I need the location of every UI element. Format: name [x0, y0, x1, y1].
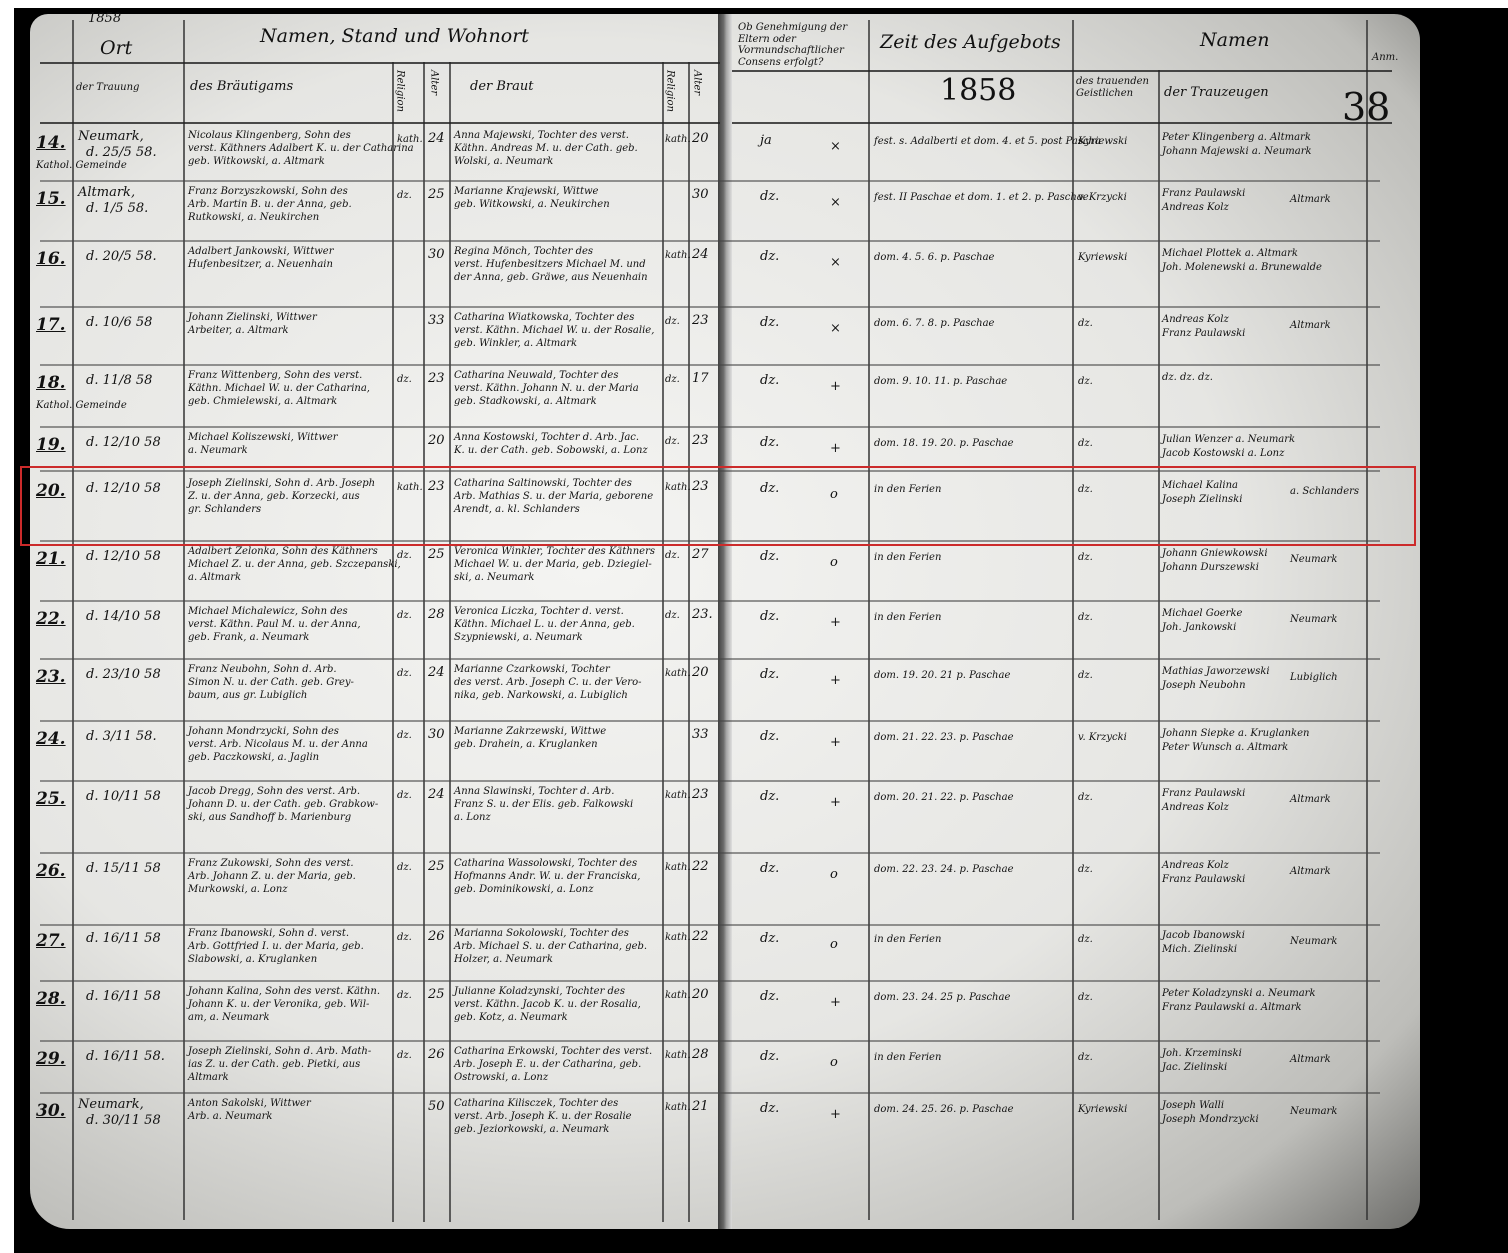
bride-age: 27 — [692, 548, 709, 563]
bride-details: verst. Käthn. Johann N. u. der Maria — [454, 383, 639, 395]
groom-religion: dz. — [397, 610, 412, 622]
consent-symbol: + — [830, 442, 841, 457]
row-rule — [40, 306, 1380, 308]
row-rule — [40, 180, 1380, 182]
groom-age: 20 — [428, 434, 445, 449]
groom-details: Arbeiter, a. Altmark — [188, 325, 289, 337]
place-of-marriage: Altmark, — [78, 186, 135, 201]
bride-religion: dz. — [665, 374, 680, 386]
bride-details: K. u. der Cath. geb. Sobowski, a. Lonz — [454, 445, 648, 457]
header-rule — [40, 62, 720, 64]
bride-religion: kath. — [665, 250, 691, 262]
consent-mark: ja — [760, 134, 772, 149]
groom-details: ias Z. u. der Cath. geb. Pietki, aus — [188, 1059, 360, 1071]
groom-age: 25 — [428, 548, 445, 563]
officiating-priest: dz. — [1078, 318, 1093, 330]
bride-details: Hofmanns Andr. W. u. der Franciska, — [454, 871, 640, 883]
groom-details: Arb. a. Neumark — [188, 1111, 272, 1123]
groom-details: verst. Käthn. Paul M. u. der Anna, — [188, 619, 361, 631]
consent-mark: dz. — [760, 250, 779, 265]
row-rule — [40, 1092, 1380, 1094]
column-rule — [662, 62, 664, 1222]
bride-religion: kath. — [665, 1102, 691, 1114]
witness-place: Altmark — [1290, 320, 1331, 332]
bride-details: Arb. Michael S. u. der Catharina, geb. — [454, 941, 647, 953]
banns-dates: dom. 20. 21. 22. p. Paschae — [874, 792, 1014, 804]
row-rule — [40, 780, 1380, 782]
consent-symbol: + — [830, 616, 841, 631]
witness-1: Johann Siepke a. Kruglanken — [1162, 728, 1309, 740]
groom-age: 24 — [428, 666, 445, 681]
bride-name: Regina Mönch, Tochter des — [454, 246, 593, 258]
header-banns: Zeit des Aufgebots — [880, 32, 1061, 54]
row-rule — [40, 426, 1380, 428]
banns-dates: dom. 18. 19. 20. p. Paschae — [874, 438, 1014, 450]
groom-details: Rutkowski, a. Neukirchen — [188, 212, 319, 224]
groom-details: a. Neumark — [188, 445, 248, 457]
bride-details: ski, a. Neumark — [454, 572, 534, 584]
bride-details: geb. Witkowski, a. Neukirchen — [454, 199, 610, 211]
marriage-date: d. 10/11 58 — [86, 790, 161, 805]
groom-religion: kath. — [397, 134, 423, 146]
consent-symbol: + — [830, 674, 841, 689]
witness-1: Peter Koladzynski a. Neumark — [1162, 988, 1316, 1000]
officiating-priest: v. Krzycki — [1078, 192, 1127, 204]
bride-name: Marianne Zakrzewski, Wittwe — [454, 726, 606, 738]
header-bride-religion: Religion — [664, 70, 676, 112]
header-ort: Ort — [100, 38, 132, 60]
entry-number: 22. — [36, 610, 66, 630]
witness-2: Joh. Jankowski — [1162, 622, 1236, 634]
header-names-title: Namen, Stand und Wohnort — [260, 26, 529, 48]
groom-name: Adalbert Zelonka, Sohn des Käthners — [188, 546, 378, 558]
bride-religion: kath. — [665, 668, 691, 680]
marriage-date: d. 16/11 58 — [86, 932, 161, 947]
witness-1: Mathias Jaworzewski — [1162, 666, 1270, 678]
groom-details: geb. Frank, a. Neumark — [188, 632, 309, 644]
row-rule — [40, 1040, 1380, 1042]
bride-details: der Anna, geb. Gräwe, aus Neuenhain — [454, 272, 648, 284]
consent-symbol: + — [830, 736, 841, 751]
bride-details: Szypniewski, a. Neumark — [454, 632, 583, 644]
header-rule — [732, 122, 1392, 124]
groom-age: 23 — [428, 372, 445, 387]
bride-name: Catharina Wassolowski, Tochter des — [454, 858, 637, 870]
officiating-priest: dz. — [1078, 1052, 1093, 1064]
witness-1: Andreas Kolz — [1162, 314, 1229, 326]
marriage-date: d. 23/10 58 — [86, 668, 161, 683]
groom-details: geb. Chmielewski, a. Altmark — [188, 396, 337, 408]
witness-1: Michael Goerke — [1162, 608, 1242, 620]
header-priest: des trauenden Geistlichen — [1076, 76, 1156, 99]
bride-name: Julianne Koladzynski, Tochter des — [454, 986, 625, 998]
groom-name: Michael Michalewicz, Sohn des — [188, 606, 348, 618]
marriage-date: d. 1/5 58. — [86, 202, 148, 217]
marriage-date: d. 11/8 58 — [86, 374, 152, 389]
consent-mark: dz. — [760, 1102, 779, 1117]
groom-details: Käthn. Michael W. u. der Catharina, — [188, 383, 370, 395]
consent-mark: dz. — [760, 374, 779, 389]
bride-age: 20 — [692, 132, 709, 147]
entry-number: 29. — [36, 1050, 66, 1070]
groom-religion: dz. — [397, 932, 412, 944]
groom-age: 24 — [428, 788, 445, 803]
entry-number: 26. — [36, 862, 66, 882]
bride-age: 23 — [692, 788, 709, 803]
groom-details: Johann D. u. der Cath. geb. Grabkow- — [188, 799, 378, 811]
banns-dates: dom. 22. 23. 24. p. Paschae — [874, 864, 1014, 876]
groom-details: verst. Arb. Nicolaus M. u. der Anna — [188, 739, 368, 751]
consent-symbol: + — [830, 996, 841, 1011]
witness-1: Joh. Krzeminski — [1162, 1048, 1242, 1060]
officiating-priest: v. Krzycki — [1078, 732, 1127, 744]
column-rule — [688, 62, 690, 1222]
bride-age: 23 — [692, 434, 709, 449]
groom-details: Michael Z. u. der Anna, geb. Szczepanski… — [188, 559, 401, 571]
groom-details: Johann K. u. der Veronika, geb. Wil- — [188, 999, 369, 1011]
groom-details: Arb. Gottfried I. u. der Maria, geb. — [188, 941, 364, 953]
groom-age: 25 — [428, 988, 445, 1003]
officiating-priest: dz. — [1078, 792, 1093, 804]
column-rule — [449, 62, 451, 1222]
banns-dates: dom. 23. 24. 25 p. Paschae — [874, 992, 1010, 1004]
bride-age: 33 — [692, 728, 709, 743]
consent-symbol: × — [830, 256, 841, 271]
header-ort-sub: der Trauung — [76, 82, 139, 94]
bride-details: Käthn. Andreas M. u. der Cath. geb. — [454, 143, 638, 155]
bride-religion: kath. — [665, 990, 691, 1002]
bride-age: 23 — [692, 314, 709, 329]
highlighted-entry-box — [20, 466, 1416, 546]
groom-religion: dz. — [397, 550, 412, 562]
bride-name: Catharina Erkowski, Tochter des verst. — [454, 1046, 652, 1058]
bride-age: 30 — [692, 188, 709, 203]
bride-religion: dz. — [665, 610, 680, 622]
witness-place: Lubiglich — [1290, 672, 1338, 684]
groom-religion: dz. — [397, 790, 412, 802]
bride-religion: kath. — [665, 134, 691, 146]
place-of-marriage: Neumark, — [78, 130, 144, 145]
groom-religion: dz. — [397, 1050, 412, 1062]
bride-religion: dz. — [665, 436, 680, 448]
bride-age: 22 — [692, 930, 709, 945]
groom-name: Michael Koliszewski, Wittwer — [188, 432, 338, 444]
groom-name: Johann Zielinski, Wittwer — [188, 312, 317, 324]
groom-age: 30 — [428, 248, 445, 263]
entry-number: 19. — [36, 436, 66, 456]
bride-details: Franz S. u. der Elis. geb. Falkowski — [454, 799, 633, 811]
groom-name: Franz Wittenberg, Sohn des verst. — [188, 370, 362, 382]
consent-mark: dz. — [760, 610, 779, 625]
consent-mark: dz. — [760, 668, 779, 683]
groom-name: Nicolaus Klingenberg, Sohn des — [188, 130, 351, 142]
entry-number: 25. — [36, 790, 66, 810]
bride-religion: kath. — [665, 790, 691, 802]
bride-details: a. Lonz — [454, 812, 491, 824]
marriage-date: d. 10/6 58 — [86, 316, 152, 331]
groom-details: am, a. Neumark — [188, 1012, 270, 1024]
officiating-priest: dz. — [1078, 934, 1093, 946]
bride-age: 21 — [692, 1100, 709, 1115]
groom-age: 25 — [428, 188, 445, 203]
officiating-priest: Kyriewski — [1078, 252, 1127, 264]
page-number: 38 — [1342, 86, 1390, 130]
entry-number: 23. — [36, 668, 66, 688]
entry-number: 15. — [36, 190, 66, 210]
groom-age: 25 — [428, 860, 445, 875]
banns-dates: dom. 24. 25. 26. p. Paschae — [874, 1104, 1014, 1116]
witness-1: Andreas Kolz — [1162, 860, 1229, 872]
witness-1: Peter Klingenberg a. Altmark — [1162, 132, 1311, 144]
entry-number: 18. — [36, 374, 66, 394]
entry-number: 21. — [36, 550, 66, 570]
bride-details: Käthn. Michael L. u. der Anna, geb. — [454, 619, 635, 631]
consent-mark: dz. — [760, 862, 779, 877]
consent-symbol: + — [830, 380, 841, 395]
witness-2: Joseph Mondrzycki — [1162, 1114, 1259, 1126]
officiating-priest: dz. — [1078, 992, 1093, 1004]
groom-name: Franz Neubohn, Sohn d. Arb. — [188, 664, 337, 676]
bride-name: Anna Slawinski, Tochter d. Arb. — [454, 786, 614, 798]
groom-details: Arb. Martin B. u. der Anna, geb. — [188, 199, 352, 211]
bride-age: 23. — [692, 608, 713, 623]
bride-details: verst. Käthn. Michael W. u. der Rosalie, — [454, 325, 654, 337]
groom-religion: dz. — [397, 190, 412, 202]
consent-symbol: o — [830, 938, 838, 953]
consent-symbol: o — [830, 868, 838, 883]
column-rule — [423, 62, 425, 1222]
entry-number: 27. — [36, 932, 66, 952]
row-rule — [40, 240, 1380, 242]
groom-details: baum, aus gr. Lubiglich — [188, 690, 307, 702]
consent-mark: dz. — [760, 990, 779, 1005]
header-groom-age: Alter — [428, 70, 440, 95]
bride-name: Anna Kostowski, Tochter d. Arb. Jac. — [454, 432, 639, 444]
groom-details: Murkowski, a. Lonz — [188, 884, 288, 896]
bride-age: 17 — [692, 372, 709, 387]
entry-number: 28. — [36, 990, 66, 1010]
witness-place: Neumark — [1290, 936, 1337, 948]
witness-1: Franz Paulawski — [1162, 188, 1245, 200]
witness-place: Altmark — [1290, 194, 1331, 206]
officiating-priest: dz. — [1078, 670, 1093, 682]
consent-mark: dz. — [760, 1050, 779, 1065]
witness-2: Andreas Kolz — [1162, 202, 1229, 214]
header-bride-age: Alter — [691, 70, 703, 95]
groom-name: Joseph Zielinski, Sohn d. Arb. Math- — [188, 1046, 371, 1058]
witness-place: Neumark — [1290, 614, 1337, 626]
bride-details: geb. Stadkowski, a. Altmark — [454, 396, 597, 408]
banns-dates: dom. 21. 22. 23. p. Paschae — [874, 732, 1014, 744]
banns-dates: fest. s. Adalberti et dom. 4. et 5. post… — [874, 136, 1101, 148]
banns-dates: dom. 9. 10. 11. p. Paschae — [874, 376, 1007, 388]
header-year: 1858 — [88, 12, 121, 27]
marriage-date: d. 16/11 58 — [86, 990, 161, 1005]
witness-1: dz. dz. dz. — [1162, 372, 1213, 384]
witness-1: Franz Paulawski — [1162, 788, 1245, 800]
header-bride: der Braut — [470, 80, 533, 95]
header-witnesses: der Trauzeugen — [1164, 86, 1269, 101]
row-rule — [40, 600, 1380, 602]
officiating-priest: dz. — [1078, 438, 1093, 450]
groom-details: Altmark — [188, 1072, 229, 1084]
groom-name: Franz Ibanowski, Sohn d. verst. — [188, 928, 349, 940]
witness-place: Altmark — [1290, 1054, 1331, 1066]
witness-2: Joseph Neubohn — [1162, 680, 1246, 692]
witness-2: Peter Wunsch a. Altmark — [1162, 742, 1288, 754]
groom-religion: dz. — [397, 862, 412, 874]
marriage-date: d. 3/11 58. — [86, 730, 157, 745]
officiating-priest: Kyriewski — [1078, 136, 1127, 148]
bride-age: 20 — [692, 666, 709, 681]
witness-2: Jac. Zielinski — [1162, 1062, 1227, 1074]
groom-details: a. Altmark — [188, 572, 241, 584]
groom-details: geb. Paczkowski, a. Jaglin — [188, 752, 319, 764]
bride-religion: kath. — [665, 1050, 691, 1062]
bride-details: geb. Kotz, a. Neumark — [454, 1012, 568, 1024]
bride-name: Marianna Sokolowski, Tochter des — [454, 928, 629, 940]
groom-age: 26 — [428, 930, 445, 945]
officiating-priest: Kyriewski — [1078, 1104, 1127, 1116]
bride-details: Wolski, a. Neumark — [454, 156, 553, 168]
groom-details: Arb. Johann Z. u. der Maria, geb. — [188, 871, 356, 883]
consent-mark: dz. — [760, 190, 779, 205]
officiating-priest: dz. — [1078, 376, 1093, 388]
header-remarks: Anm. — [1372, 52, 1398, 64]
bride-details: Ostrowski, a. Lonz — [454, 1072, 548, 1084]
banns-dates: in den Ferien — [874, 934, 941, 946]
bride-name: Veronica Winkler, Tochter des Käthners — [454, 546, 655, 558]
groom-age: 33 — [428, 314, 445, 329]
groom-name: Franz Zukowski, Sohn des verst. — [188, 858, 354, 870]
bride-age: 28 — [692, 1048, 709, 1063]
consent-mark: dz. — [760, 730, 779, 745]
officiating-priest: dz. — [1078, 864, 1093, 876]
marriage-date: d. 25/5 58. — [86, 146, 157, 161]
banns-dates: fest. II Paschae et dom. 1. et 2. p. Pas… — [874, 192, 1089, 204]
groom-age: 50 — [428, 1100, 445, 1115]
bride-details: Michael W. u. der Maria, geb. Dziegiel- — [454, 559, 652, 571]
marriage-date: d. 15/11 58 — [86, 862, 161, 877]
column-rule — [392, 62, 394, 1222]
consent-symbol: o — [830, 556, 838, 571]
groom-religion: dz. — [397, 374, 412, 386]
consent-mark: dz. — [760, 932, 779, 947]
banns-dates: dom. 19. 20. 21 p. Paschae — [874, 670, 1010, 682]
witness-place: Altmark — [1290, 866, 1331, 878]
entry-number: 14. — [36, 134, 66, 154]
marriage-date: d. 12/10 58 — [86, 550, 161, 565]
witness-2: Franz Paulawski a. Altmark — [1162, 1002, 1302, 1014]
header-rule — [732, 70, 1392, 72]
groom-age: 30 — [428, 728, 445, 743]
row-rule — [40, 852, 1380, 854]
bride-religion: kath. — [665, 932, 691, 944]
witness-1: Johann Gniewkowski — [1162, 548, 1268, 560]
bride-details: verst. Käthn. Jacob K. u. der Rosalia, — [454, 999, 641, 1011]
bride-name: Veronica Liczka, Tochter d. verst. — [454, 606, 624, 618]
row-rule — [40, 980, 1380, 982]
bride-details: geb. Dominikowski, a. Lonz — [454, 884, 594, 896]
groom-details: ski, aus Sandhoff b. Marienburg — [188, 812, 351, 824]
banns-dates: in den Ferien — [874, 1052, 941, 1064]
margin-note: Kathol. Gemeinde — [36, 160, 127, 172]
bride-name: Catharina Kilisczek, Tochter des — [454, 1098, 618, 1110]
bride-details: Arb. Joseph E. u. der Catharina, geb. — [454, 1059, 641, 1071]
groom-name: Johann Mondrzycki, Sohn des — [188, 726, 339, 738]
consent-mark: dz. — [760, 550, 779, 565]
groom-details: Simon N. u. der Cath. geb. Grey- — [188, 677, 354, 689]
entry-number: 30. — [36, 1102, 66, 1122]
groom-religion: dz. — [397, 990, 412, 1002]
marriage-date: d. 14/10 58 — [86, 610, 161, 625]
consent-symbol: × — [830, 322, 841, 337]
row-rule — [40, 720, 1380, 722]
bride-age: 24 — [692, 248, 709, 263]
groom-name: Anton Sakolski, Wittwer — [188, 1098, 311, 1110]
banns-dates: dom. 6. 7. 8. p. Paschae — [874, 318, 994, 330]
consent-symbol: + — [830, 1108, 841, 1123]
entry-number: 24. — [36, 730, 66, 750]
entry-number: 17. — [36, 316, 66, 336]
header-groom-religion: Religion — [394, 70, 406, 112]
row-rule — [40, 364, 1380, 366]
groom-age: 26 — [428, 1048, 445, 1063]
bride-religion: dz. — [665, 550, 680, 562]
witness-2: Andreas Kolz — [1162, 802, 1229, 814]
consent-mark: dz. — [760, 790, 779, 805]
witness-place: Altmark — [1290, 794, 1331, 806]
groom-details: verst. Käthners Adalbert K. u. der Catha… — [188, 143, 414, 155]
header-consent: Ob Genehmigung der Eltern oder Vormundsc… — [738, 22, 864, 68]
groom-name: Johann Kalina, Sohn des verst. Käthn. — [188, 986, 380, 998]
witness-2: Franz Paulawski — [1162, 328, 1245, 340]
banns-dates: dom. 4. 5. 6. p. Paschae — [874, 252, 994, 264]
bride-religion: dz. — [665, 316, 680, 328]
witness-place: Neumark — [1290, 1106, 1337, 1118]
groom-religion: dz. — [397, 730, 412, 742]
entry-number: 16. — [36, 250, 66, 270]
groom-religion: dz. — [397, 668, 412, 680]
bride-details: geb. Drahein, a. Kruglanken — [454, 739, 598, 751]
banns-dates: in den Ferien — [874, 612, 941, 624]
consent-symbol: × — [830, 140, 841, 155]
bride-details: nika, geb. Narkowski, a. Lubiglich — [454, 690, 628, 702]
witness-2: Joh. Molenewski a. Brunewalde — [1162, 262, 1322, 274]
row-rule — [40, 658, 1380, 660]
groom-name: Franz Borzyszkowski, Sohn des — [188, 186, 348, 198]
witness-2: Jacob Kostowski a. Lonz — [1162, 448, 1284, 460]
groom-details: geb. Witkowski, a. Altmark — [188, 156, 325, 168]
bride-details: verst. Hufenbesitzers Michael M. und — [454, 259, 646, 271]
witness-1: Jacob Ibanowski — [1162, 930, 1245, 942]
consent-symbol: + — [830, 796, 841, 811]
witness-place: Neumark — [1290, 554, 1337, 566]
officiating-priest: dz. — [1078, 612, 1093, 624]
bride-age: 22 — [692, 860, 709, 875]
bride-name: Catharina Neuwald, Tochter des — [454, 370, 618, 382]
bride-details: Holzer, a. Neumark — [454, 954, 553, 966]
column-rule — [1158, 70, 1160, 1220]
witness-1: Michael Plottek a. Altmark — [1162, 248, 1298, 260]
header-rule — [40, 122, 720, 124]
bride-details: des verst. Arb. Joseph C. u. der Vero- — [454, 677, 641, 689]
header-names-right: Namen — [1200, 30, 1269, 52]
bride-details: verst. Arb. Joseph K. u. der Rosalie — [454, 1111, 632, 1123]
header-groom: des Bräutigams — [190, 80, 293, 95]
bride-religion: kath. — [665, 862, 691, 874]
header-banns-year: 1858 — [940, 74, 1016, 109]
